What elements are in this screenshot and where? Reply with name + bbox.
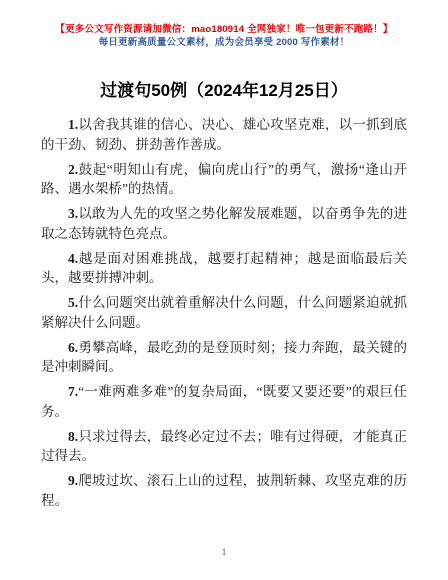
item-text: 以敢为人先的攻坚之势化解发展难题，以奋勇争先的进取之态铸就特色亮点。 <box>41 206 407 241</box>
item-number: 7. <box>68 384 78 399</box>
item-number: 3. <box>68 206 78 221</box>
item-number: 1. <box>68 117 78 132</box>
item-number: 2. <box>68 162 78 177</box>
promo-header: 【更多公文写作资源请加微信：mao180914 全网独家！唯一包更新不跑路！】 … <box>0 0 448 49</box>
item-text: 越是面对困难挑战，越要打起精神；越是面临最后关头，越要拼搏冲刺。 <box>41 251 407 286</box>
list-item: 1.以舍我其谁的信心、决心、雄心攻坚克难，以一抓到底的干劲、韧劲、拼劲善作善成。 <box>41 115 407 154</box>
item-number: 4. <box>68 251 78 266</box>
document-page: 【更多公文写作资源请加微信：mao180914 全网独家！唯一包更新不跑路！】 … <box>0 0 448 580</box>
item-text: “一难两难多难”的复杂局面，“既要又要还要”的艰巨任务。 <box>41 384 407 419</box>
document-title: 过渡句50例（2024年12月25日） <box>0 80 448 102</box>
promo-header-line2: 每日更新高质量公文素材，成为会员享受 2000 写作素材！ <box>0 36 448 49</box>
list-item: 4.越是面对困难挑战，越要打起精神；越是面临最后关头，越要拼搏冲刺。 <box>41 249 407 288</box>
item-text: 只求过得去，最终必定过不去；唯有过得硬，才能真正过得去。 <box>41 429 407 464</box>
list-item: 8.只求过得去，最终必定过不去；唯有过得硬，才能真正过得去。 <box>41 427 407 466</box>
list-item: 7.“一难两难多难”的复杂局面，“既要又要还要”的艰巨任务。 <box>41 382 407 421</box>
list-item: 6.勇攀高峰，最吃劲的是登顶时刻；接力奔跑，最关键的是冲刺瞬间。 <box>41 338 407 377</box>
item-number: 8. <box>68 429 78 444</box>
list-item: 2.鼓起“明知山有虎，偏向虎山行”的勇气，激扬“逢山开路、遇水架桥”的热情。 <box>41 160 407 199</box>
item-text: 爬坡过坎、滚石上山的过程，披荆斩棘、攻坚克难的历程。 <box>41 473 407 508</box>
item-text: 以舍我其谁的信心、决心、雄心攻坚克难，以一抓到底的干劲、韧劲、拼劲善作善成。 <box>41 117 407 152</box>
page-number: 1 <box>0 548 448 558</box>
list-item: 9.爬坡过坎、滚石上山的过程，披荆斩棘、攻坚克难的历程。 <box>41 471 407 510</box>
item-number: 6. <box>68 340 78 355</box>
item-number: 5. <box>68 295 78 310</box>
item-number: 9. <box>68 473 78 488</box>
item-text: 什么问题突出就着重解决什么问题，什么问题紧迫就抓紧解决什么问题。 <box>41 295 407 330</box>
item-text: 鼓起“明知山有虎，偏向虎山行”的勇气，激扬“逢山开路、遇水架桥”的热情。 <box>41 162 407 197</box>
promo-header-line1: 【更多公文写作资源请加微信：mao180914 全网独家！唯一包更新不跑路！】 <box>0 23 448 36</box>
document-body: 1.以舍我其谁的信心、决心、雄心攻坚克难，以一抓到底的干劲、韧劲、拼劲善作善成。… <box>0 102 448 510</box>
item-text: 勇攀高峰，最吃劲的是登顶时刻；接力奔跑，最关键的是冲刺瞬间。 <box>41 340 407 375</box>
list-item: 3.以敢为人先的攻坚之势化解发展难题，以奋勇争先的进取之态铸就特色亮点。 <box>41 204 407 243</box>
list-item: 5.什么问题突出就着重解决什么问题，什么问题紧迫就抓紧解决什么问题。 <box>41 293 407 332</box>
